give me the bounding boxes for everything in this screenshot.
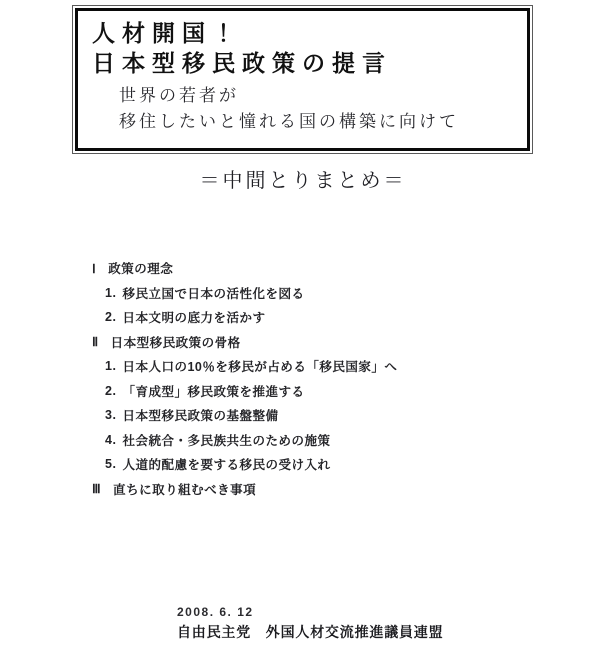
toc-row-number: 5. <box>105 457 116 471</box>
toc-row-number: Ⅲ <box>92 481 101 496</box>
toc-item-row: 4. 社会統合・多民族共生のための施策 <box>92 428 397 453</box>
toc-row-label: 社会統合・多民族共生のための施策 <box>122 431 330 449</box>
title-box-inner: 人材開国！ 日本型移民政策の提言 世界の若者が 移住したいと憧れる国の構築に向け… <box>75 8 530 151</box>
toc-row-number: 3. <box>105 408 116 422</box>
toc-row-number: Ⅱ <box>92 334 99 349</box>
toc-row-number: 2. <box>105 310 116 324</box>
toc-row-label: 日本人口の10％を移民が占める「移民国家」へ <box>122 357 397 375</box>
toc-row-number: 1. <box>105 286 116 300</box>
toc-row-label: 日本文明の底力を活かす <box>122 308 265 326</box>
toc-row-number: 2. <box>105 384 116 398</box>
toc-row-label: 直ちに取り組むべき事項 <box>113 480 256 498</box>
interim-summary-heading: ＝中間とりまとめ＝ <box>0 167 606 195</box>
toc-row-label: 政策の理念 <box>108 259 173 277</box>
organization-name: 自由民主党 外国人材交流推進議員連盟 <box>177 623 443 641</box>
toc-item-row: 5. 人道的配慮を要する移民の受け入れ <box>92 452 397 477</box>
toc-row-label: 移民立国で日本の活性化を図る <box>122 284 304 302</box>
toc-item-row: 2. 「育成型」移民政策を推進する <box>92 379 397 404</box>
toc-item-row: 3. 日本型移民政策の基盤整備 <box>92 403 397 428</box>
toc-row-number: 1. <box>105 359 116 373</box>
title-box: 人材開国！ 日本型移民政策の提言 世界の若者が 移住したいと憧れる国の構築に向け… <box>72 5 533 154</box>
toc-row-number: Ⅰ <box>92 261 96 276</box>
footer: 2008. 6. 12 自由民主党 外国人材交流推進議員連盟 <box>177 604 443 641</box>
toc-item-row: 1. 移民立国で日本の活性化を図る <box>92 281 397 306</box>
publication-date: 2008. 6. 12 <box>177 604 443 620</box>
document-subtitle-line-1: 世界の若者が <box>119 83 517 109</box>
toc-section-row: Ⅲ 直ちに取り組むべき事項 <box>92 477 397 502</box>
toc-item-row: 1. 日本人口の10％を移民が占める「移民国家」へ <box>92 354 397 379</box>
toc-section-row: Ⅱ 日本型移民政策の骨格 <box>92 330 397 355</box>
document-page: 人材開国！ 日本型移民政策の提言 世界の若者が 移住したいと憧れる国の構築に向け… <box>0 0 606 662</box>
toc-item-row: 2. 日本文明の底力を活かす <box>92 305 397 330</box>
toc-row-label: 日本型移民政策の骨格 <box>111 333 241 351</box>
toc-row-label: 日本型移民政策の基盤整備 <box>122 406 278 424</box>
toc-row-label: 「育成型」移民政策を推進する <box>122 382 304 400</box>
toc-row-label: 人道的配慮を要する移民の受け入れ <box>122 455 330 473</box>
document-title-line-2: 日本型移民政策の提言 <box>92 48 517 78</box>
document-subtitle-line-2: 移住したいと憧れる国の構築に向けて <box>119 109 517 135</box>
toc-section-row: Ⅰ 政策の理念 <box>92 256 397 281</box>
document-title-line-1: 人材開国！ <box>92 18 517 48</box>
toc-row-number: 4. <box>105 433 116 447</box>
table-of-contents: Ⅰ 政策の理念 1. 移民立国で日本の活性化を図る 2. 日本文明の底力を活かす… <box>92 256 397 501</box>
